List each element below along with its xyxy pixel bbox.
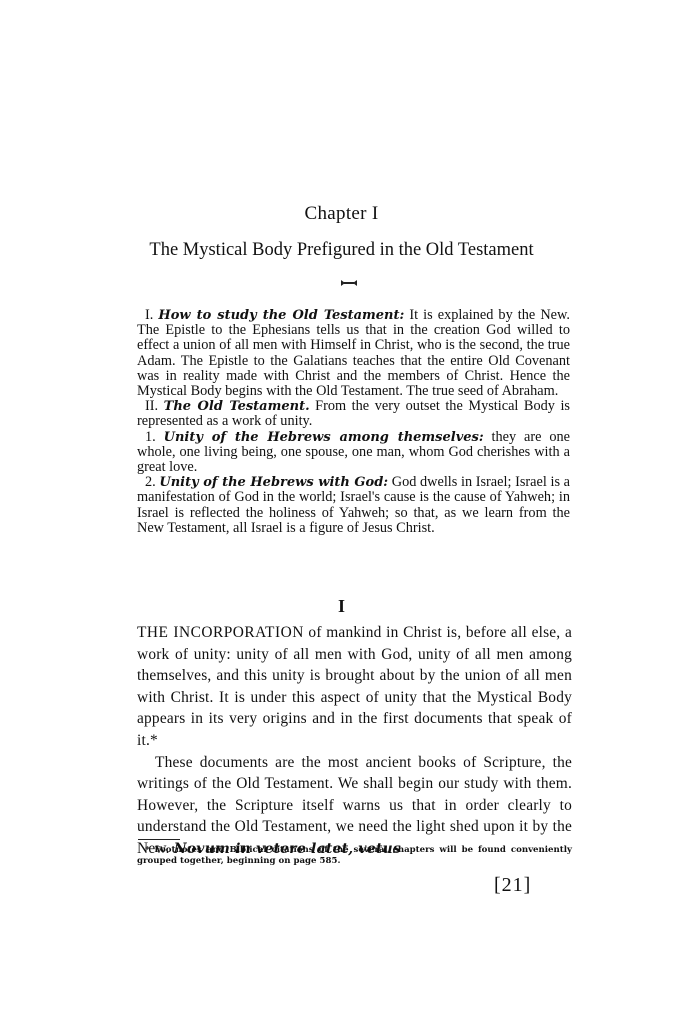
summary-paragraph: 2. Unity of the Hebrews with God: God dw…: [137, 475, 570, 536]
body-paragraph: THE INCORPORATION of mankind in Christ i…: [137, 622, 572, 752]
body-text: THE INCORPORATION of mankind in Christ i…: [137, 622, 572, 861]
opening-words: THE INCORPORATION: [137, 624, 304, 641]
book-page: Chapter I The Mystical Body Prefigured i…: [0, 0, 683, 1024]
chapter-summary: I. How to study the Old Testament: It is…: [137, 308, 570, 536]
summary-paragraph: 1. Unity of the Hebrews among themselves…: [137, 430, 570, 476]
summary-heading: The Old Testament.: [164, 399, 310, 414]
summary-paragraph: I. How to study the Old Testament: It is…: [137, 308, 570, 399]
summary-heading: Unity of the Hebrews with God:: [159, 475, 388, 490]
chapter-title: The Mystical Body Prefigured in the Old …: [0, 240, 683, 261]
footnote-divider: [138, 839, 180, 840]
double-arrow-ornament-icon: [341, 280, 357, 286]
page-number: [21]: [494, 874, 531, 897]
summary-heading: How to study the Old Testament:: [158, 308, 404, 323]
section-number: I: [0, 596, 683, 617]
footnote: * Footnotes and Biblical citations of th…: [137, 845, 572, 867]
summary-paragraph: II. The Old Testament. From the very out…: [137, 399, 570, 429]
summary-heading: Unity of the Hebrews among themselves:: [164, 430, 484, 445]
chapter-number: Chapter I: [0, 203, 683, 225]
